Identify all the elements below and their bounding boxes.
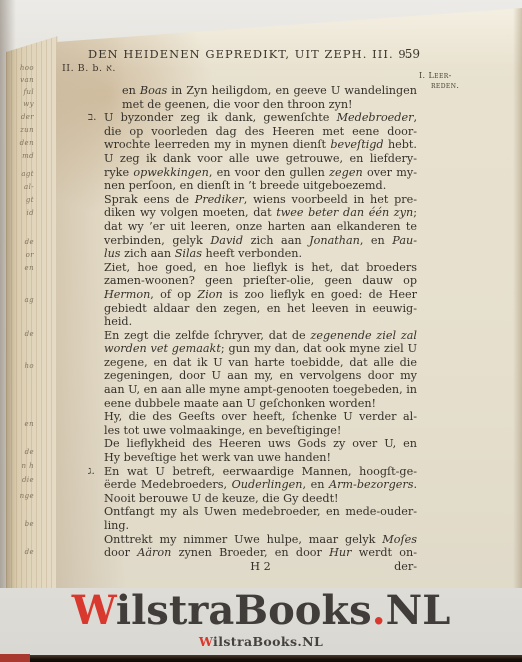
text-segment: ling. (104, 519, 129, 532)
text-segment: en (122, 84, 140, 97)
body-lines: en Boas in Zyn heiligdom, en geeve U wan… (104, 84, 417, 560)
text-segment: zynen Broeder, en door (171, 546, 329, 559)
text-segment: Ouderlingen (232, 478, 303, 491)
page-number: 59 (405, 47, 420, 61)
text-segment: twee beter dan één zyn (276, 206, 413, 219)
text-segment: werdt on- (351, 546, 417, 559)
text-segment: Hy beveſtige het werk van uwe handen! (104, 451, 331, 464)
text-segment: Hur (329, 546, 351, 559)
paragraph-marker: ב. (88, 111, 96, 125)
text-segment: ryke (104, 166, 133, 179)
text-line: ב.U byzonder zeg ik dank, gewenſchte Med… (104, 111, 417, 125)
text-line: nen perſoon, en dienſt in ’t breede uitg… (104, 179, 417, 193)
text-segment: Moſes (382, 533, 417, 546)
text-line: en Boas in Zyn heiligdom, en geeve U wan… (104, 84, 417, 98)
text-line: eene dubbele maate aan U geſchonken word… (104, 397, 417, 411)
margin-note: I. Leer- reden. (419, 71, 477, 91)
text-segment: diken wy volgen moeten, dat (104, 206, 276, 219)
text-segment: nen perſoon, en dienſt in ’t breede uitg… (104, 179, 386, 192)
text-segment: met de geenen, die voor den throon zyn! (122, 98, 353, 111)
text-segment: , wiens voorbeeld in het pre- (244, 193, 417, 206)
text-line: ג.En wat U betreft, eerwaardige Mannen, … (104, 465, 417, 479)
text-segment: dat wy ’er uit leeren, onze harten aan e… (104, 220, 417, 233)
page-right-edge (513, 6, 522, 655)
text-line: ling. (104, 519, 417, 533)
text-segment: in Zyn heiligdom, en geeve U wandelingen (167, 84, 417, 97)
text-segment: , of op (150, 288, 197, 301)
text-segment: , en (360, 234, 392, 247)
watermark-small: WilstraBooks.NL (0, 635, 522, 649)
text-line: aan U, en aan alle myne ampt-genooten to… (104, 383, 417, 397)
text-segment: zegeningen, door U aan my, en vervolgens… (104, 369, 417, 382)
watermark-text: ilstraBooks (213, 634, 297, 649)
text-segment: ; gun my dan, dat ook myne ziel U (221, 342, 417, 355)
text-segment: aan U, en aan alle myne ampt-genooten to… (104, 383, 417, 396)
gutter-shadow (0, 0, 16, 655)
text-line: lus zich aan Silas heeft verbonden. (104, 247, 417, 261)
text-segment: over my- (363, 166, 417, 179)
text-segment: ëerde Medebroeders, (104, 478, 232, 491)
text-line: Hy, die des Geeſts over heeft, ſchenke U… (104, 410, 417, 424)
watermark-tld: NL (386, 587, 451, 634)
text-line: door Aäron zynen Broeder, en door Hur we… (104, 546, 417, 560)
text-line: zegene, en dat ik U van harte toebidde, … (104, 356, 417, 370)
text-segment: zegen (329, 166, 363, 179)
text-line: Hy beveſtige het werk van uwe handen! (104, 451, 417, 465)
text-line: wrochte leerreden my in mynen dienſt bev… (104, 138, 417, 152)
text-segment: zich aan (121, 247, 175, 260)
text-line: Hermon, of op Zion is zoo lieflyk en goe… (104, 288, 417, 302)
text-segment: Onttrekt my nimmer Uwe hulpe, maar gelyk (104, 533, 382, 546)
text-segment: les tot uwe volmaakinge, en beveſtiginge… (104, 424, 341, 437)
sheet-signature: H 2 (104, 560, 417, 573)
running-head-title: DEN HEIDENEN GEPREDIKT, UIT ZEPH. III. 9… (88, 47, 411, 61)
margin-note-line: I. Leer- (419, 71, 477, 81)
text-line: verbinden, gelyk David zich aan Jonathan… (104, 234, 417, 248)
text-segment: verbinden, gelyk (104, 234, 210, 247)
book-page: DEN HEIDENEN GEPREDIKT, UIT ZEPH. III. 9… (56, 0, 522, 655)
text-line: gebiedt aldaar den zegen, en het leeven … (104, 302, 417, 316)
catchword: der- (394, 560, 417, 573)
text-segment: Nooit berouwe U de keuze, die Gy deedt! (104, 492, 339, 505)
text-line: Ontfangt my als Uwen medebroeder, en med… (104, 505, 417, 519)
text-segment: , (413, 111, 417, 124)
text-segment: die op voorleden dag des Heeren met eene… (104, 125, 417, 138)
table-edge-strip (0, 655, 522, 662)
text-line: met de geenen, die voor den throon zyn! (104, 98, 417, 112)
text-line: zamen-woonen? geen prieſter-olie, geen d… (104, 274, 417, 288)
text-line: heid. (104, 315, 417, 329)
watermark-tld: NL (302, 634, 323, 649)
text-segment: Zion (197, 288, 222, 301)
text-segment: En wat U betreft, eerwaardige Mannen, ho… (104, 465, 417, 478)
text-segment: zamen-woonen? geen prieſter-olie, geen d… (104, 274, 417, 287)
text-line: dat wy ’er uit leeren, onze harten aan e… (104, 220, 417, 234)
text-segment: gebiedt aldaar den zegen, en het leeven … (104, 302, 417, 315)
text-line: diken wy volgen moeten, dat twee beter d… (104, 206, 417, 220)
text-segment: . (413, 478, 417, 491)
text-segment: Ziet, hoe goed, en hoe lieflyk is het, d… (104, 261, 417, 274)
text-segment: David (210, 234, 243, 247)
text-segment: opwekkingen (133, 166, 208, 179)
text-line: ëerde Medebroeders, Ouderlingen, en Arm-… (104, 478, 417, 492)
text-segment: eene dubbele maate aan U geſchonken word… (104, 397, 376, 410)
gathering-signature: II. B. b. א. (62, 63, 116, 74)
text-line: Nooit berouwe U de keuze, die Gy deedt! (104, 492, 417, 506)
watermark-band: WilstraBooks.NL WilstraBooks.NL (0, 588, 522, 655)
text-line: U zeg ik dank voor alle uwe getrouwe, en… (104, 152, 417, 166)
watermark-text: ilstraBooks (116, 587, 372, 634)
text-segment: Jonathan (309, 234, 360, 247)
text-segment: worden vet gemaakt (104, 342, 221, 355)
watermark-initial: W (72, 587, 116, 634)
text-segment: , en (303, 478, 330, 491)
text-segment: lus (104, 247, 121, 260)
watermark-initial: W (199, 634, 213, 649)
text-segment: zich aan (243, 234, 309, 247)
page-footer: H 2 der- (104, 560, 417, 574)
text-line: Sprak eens de Prediker, wiens voorbeeld … (104, 193, 417, 207)
text-segment: De lieflykheid des Heeren uws Gods zy ov… (104, 437, 417, 450)
text-line: worden vet gemaakt; gun my dan, dat ook … (104, 342, 417, 356)
text-segment: Pau- (392, 234, 417, 247)
text-segment: Silas (175, 247, 202, 260)
running-head: DEN HEIDENEN GEPREDIKT, UIT ZEPH. III. 9… (88, 47, 420, 61)
text-segment: Boas (140, 84, 167, 97)
text-line: De lieflykheid des Heeren uws Gods zy ov… (104, 437, 417, 451)
margin-note-line: reden. (419, 81, 477, 91)
text-line: die op voorleden dag des Heeren met eene… (104, 125, 417, 139)
text-segment: Sprak eens de (104, 193, 195, 206)
text-segment: En zegt die zelfde ſchryver, dat de (104, 329, 310, 342)
text-segment: door (104, 546, 137, 559)
text-segment: heid. (104, 315, 132, 328)
text-segment: Prediker (195, 193, 244, 206)
text-segment: zegenende ziel zal (310, 329, 417, 342)
text-line: En zegt die zelfde ſchryver, dat de zege… (104, 329, 417, 343)
text-line: ryke opwekkingen, en voor den gullen zeg… (104, 166, 417, 180)
text-segment: ; (413, 206, 417, 219)
text-segment: Hy, die des Geeſts over heeft, ſchenke U… (104, 410, 417, 423)
text-segment: is zoo lieflyk en goed: de Heer (223, 288, 417, 301)
text-line: Onttrekt my nimmer Uwe hulpe, maar gelyk… (104, 533, 417, 547)
paragraph-marker: ג. (88, 465, 95, 479)
text-segment: U byzonder zeg ik dank, gewenſchte (104, 111, 337, 124)
text-segment: U zeg ik dank voor alle uwe getrouwe, en… (104, 152, 417, 165)
text-segment: , en voor den gullen (209, 166, 329, 179)
text-line: Ziet, hoe goed, en hoe lieflyk is het, d… (104, 261, 417, 275)
text-segment: Aäron (137, 546, 171, 559)
text-line: zegeningen, door U aan my, en vervolgens… (104, 369, 417, 383)
red-cover-fragment (0, 654, 30, 662)
book-photo: hoovanfulwyderzundenmdagtal-gtiddeorenag… (0, 0, 522, 662)
text-segment: Hermon (104, 288, 150, 301)
watermark-dot: . (372, 587, 386, 634)
text-segment: Arm-bezorgers (329, 478, 413, 491)
watermark-large: WilstraBooks.NL (0, 589, 522, 633)
text-segment: wrochte leerreden my in mynen dienſt (104, 138, 330, 151)
text-segment: Medebroeder (337, 111, 414, 124)
text-segment: hebt. (384, 138, 417, 151)
text-segment: heeft verbonden. (202, 247, 302, 260)
text-segment: beveſtigd (330, 138, 383, 151)
text-segment: Ontfangt my als Uwen medebroeder, en med… (104, 505, 417, 518)
text-line: les tot uwe volmaakinge, en beveſtiginge… (104, 424, 417, 438)
text-segment: zegene, en dat ik U van harte toebidde, … (104, 356, 417, 369)
